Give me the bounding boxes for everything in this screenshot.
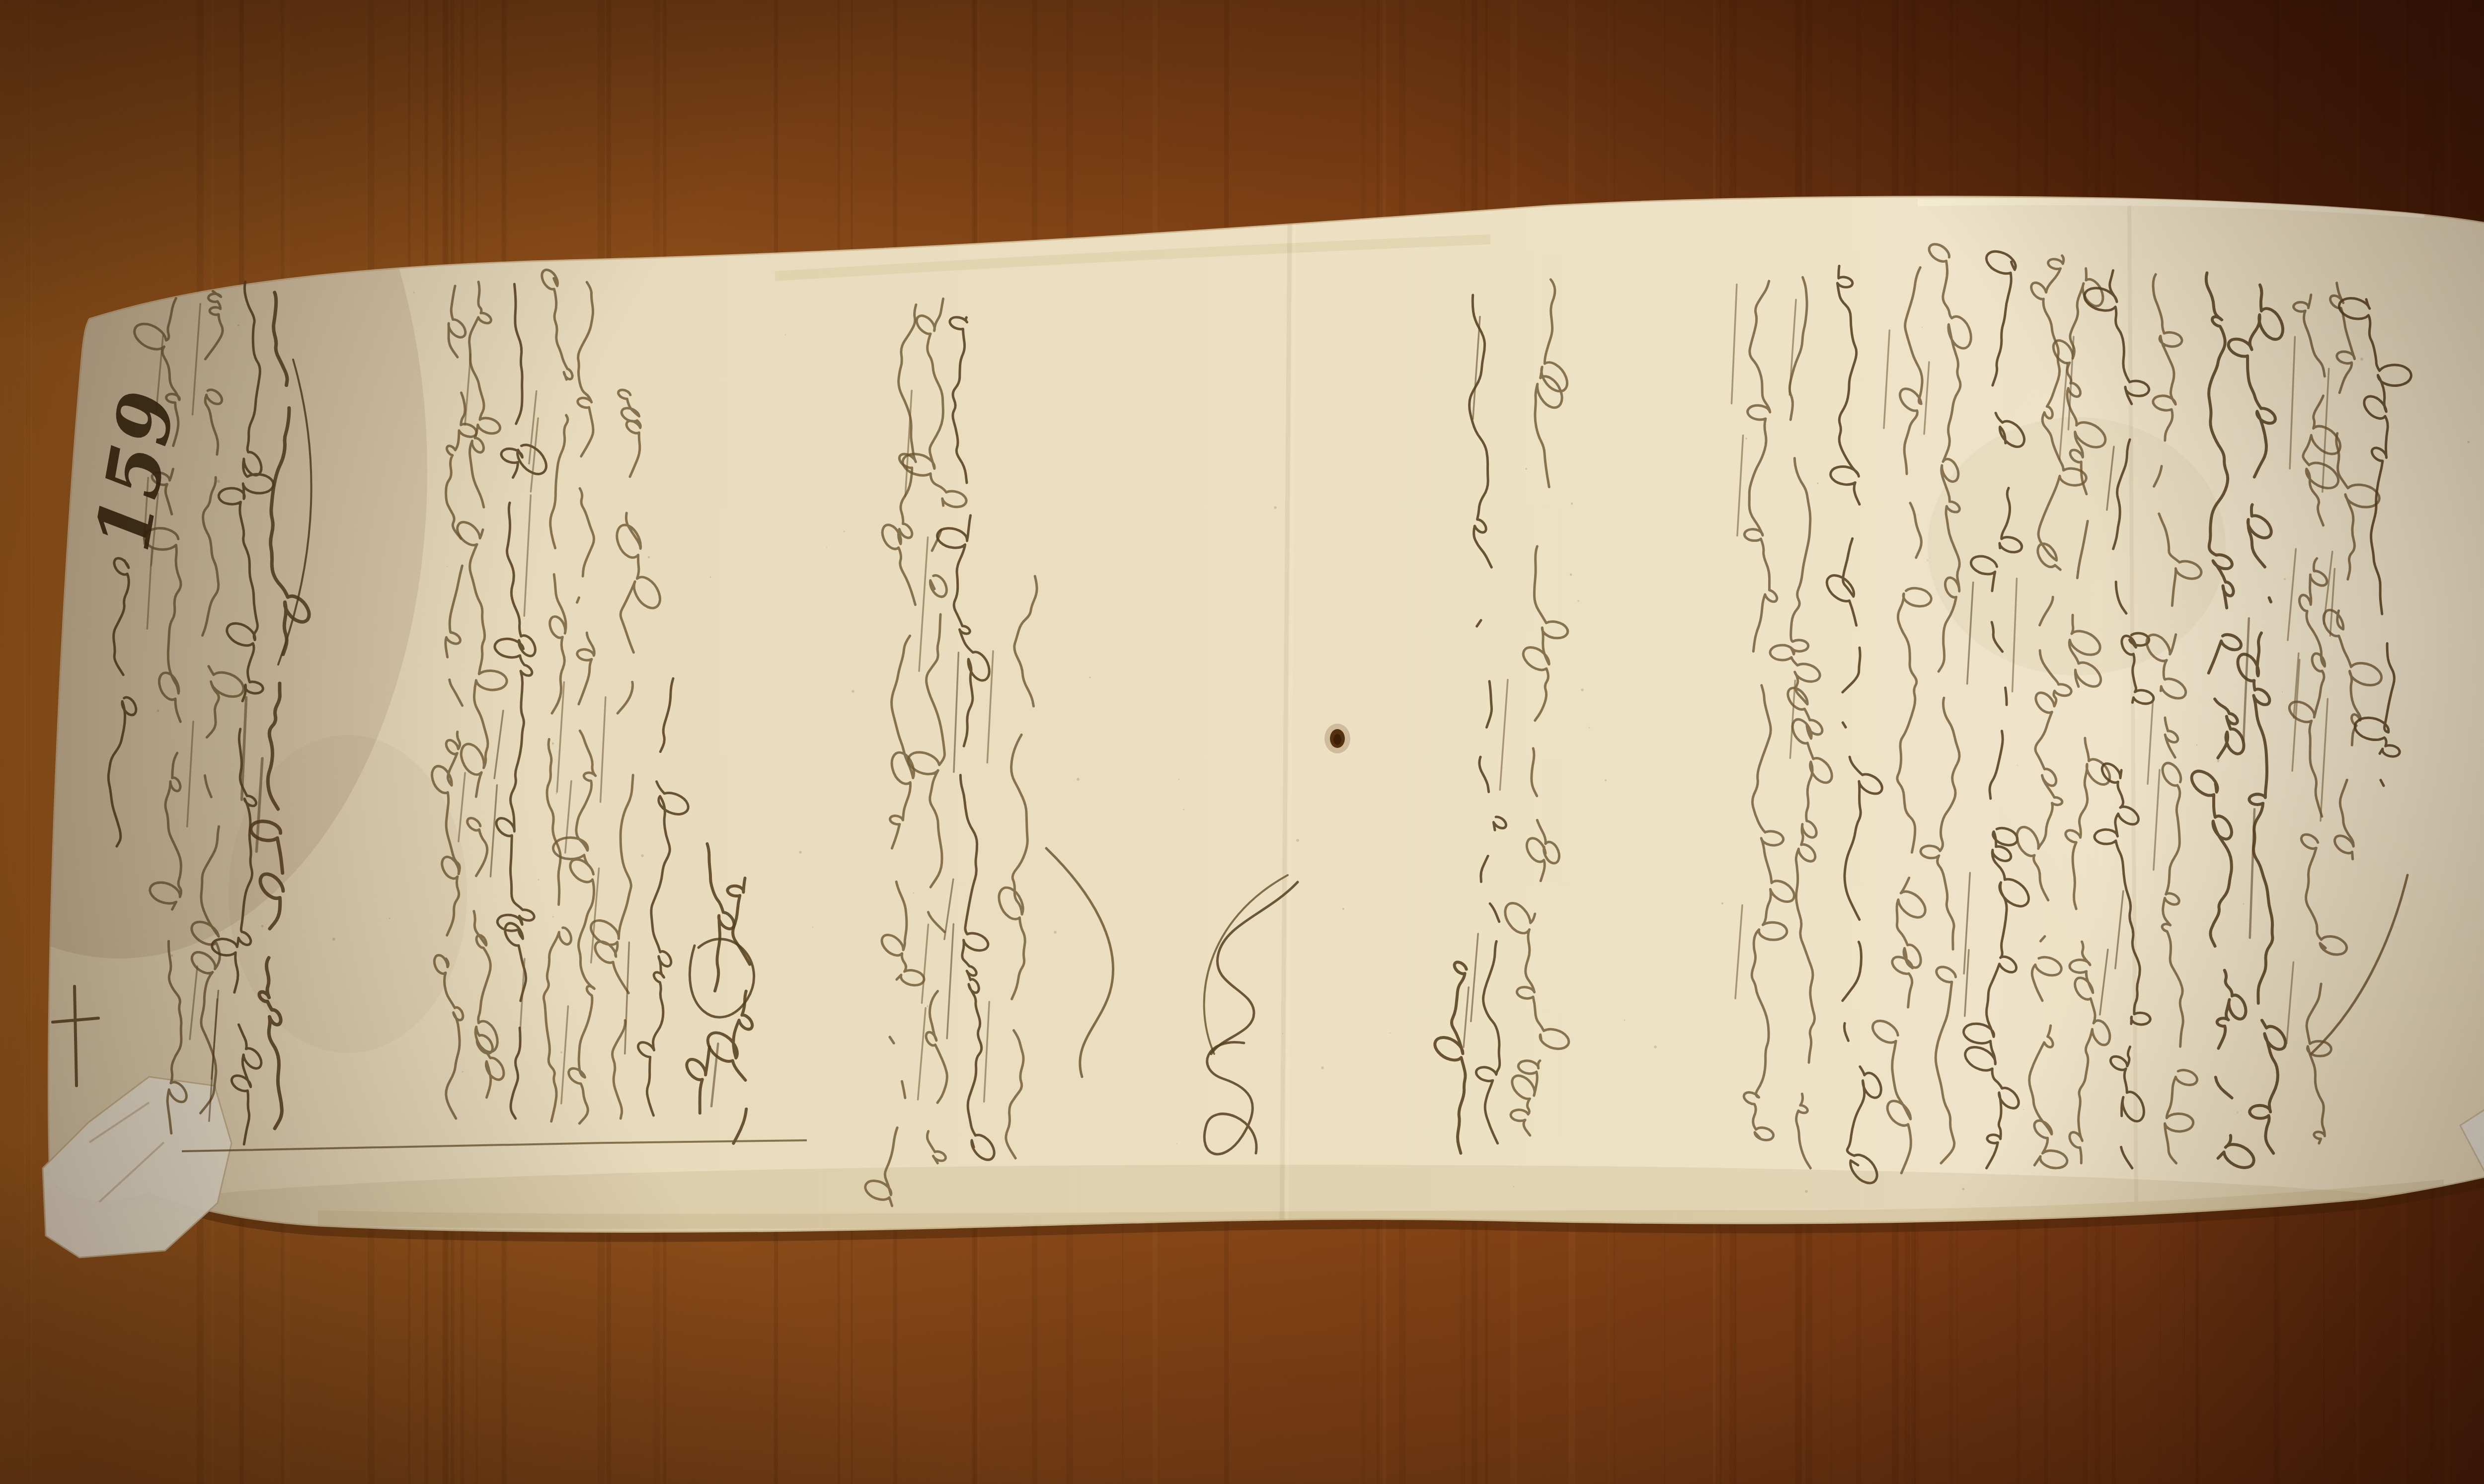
manuscript-photo: 159 xyxy=(0,0,2484,1484)
photo-vignette xyxy=(0,0,2484,1484)
manuscript-photo-svg: 159 xyxy=(0,0,2484,1484)
